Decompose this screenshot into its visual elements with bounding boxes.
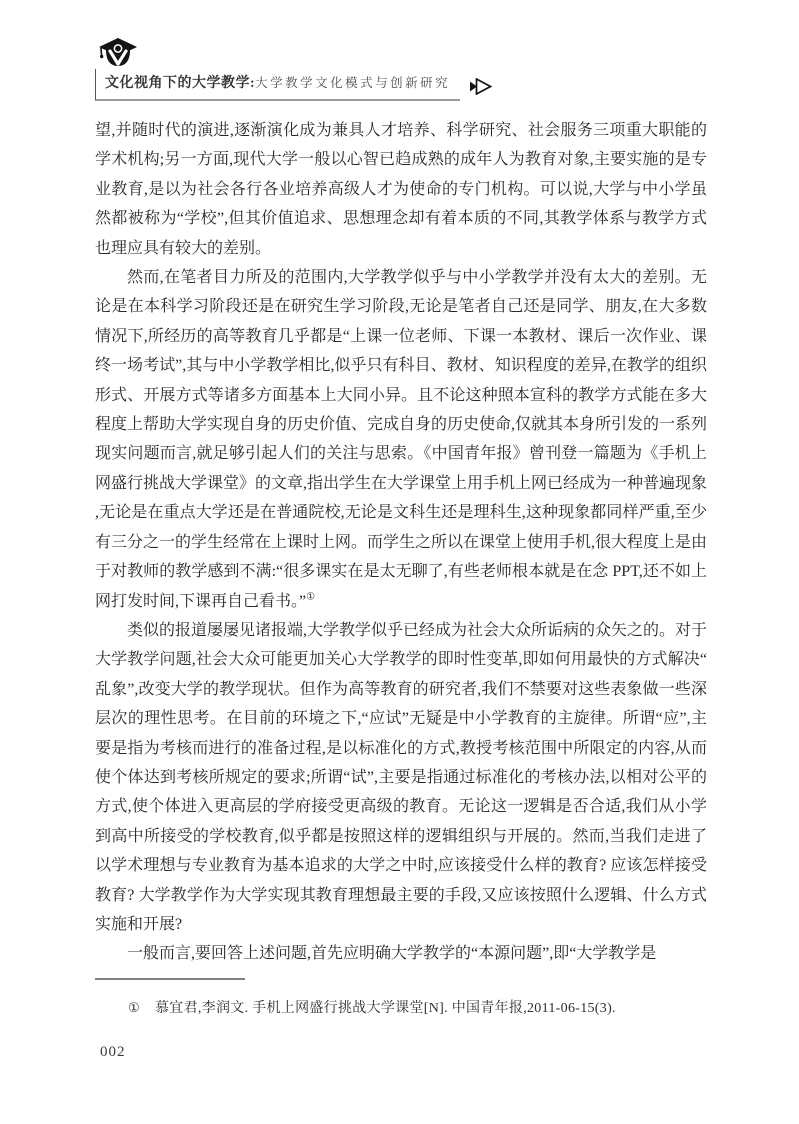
paragraph-2: 然而,在笔者目力所及的范围内,大学教学似乎与中小学教学并没有太大的差别。无论是在…	[95, 263, 707, 616]
page-header: 文化视角下的大学教学:大学教学文化模式与创新研究	[95, 38, 493, 101]
paragraph-3-text: 类似的报道屡屡见诸报端,大学教学似乎已经成为社会大众所诟病的众矢之的。对于大学教…	[95, 622, 707, 933]
running-head: 文化视角下的大学教学:大学教学文化模式与创新研究	[95, 69, 460, 101]
paragraph-4-text: 一般而言,要回答上述问题,首先应明确大学教学的“本源问题”,即“大学教学是	[127, 945, 656, 962]
paragraph-1: 望,并随时代的演进,逐渐演化成为兼具人才培养、科学研究、社会服务三项重大职能的学…	[95, 116, 707, 263]
paragraph-1-text: 望,并随时代的演进,逐渐演化成为兼具人才培养、科学研究、社会服务三项重大职能的学…	[95, 122, 707, 257]
paragraph-2-text: 然而,在笔者目力所及的范围内,大学教学似乎与中小学教学并没有太大的差别。无论是在…	[95, 269, 707, 609]
footnote-citation: 慕宜君,李润文. 手机上网盛行挑战大学课堂[N]. 中国青年报,2011-06-…	[155, 1001, 616, 1016]
paragraph-4: 一般而言,要回答上述问题,首先应明确大学教学的“本源问题”,即“大学教学是	[95, 939, 707, 968]
footnote-divider	[95, 978, 245, 980]
footnote-marker: ①	[128, 1000, 140, 1015]
page-number: 002	[100, 1044, 126, 1061]
footnote: ①慕宜君,李润文. 手机上网盛行挑战大学课堂[N]. 中国青年报,2011-06…	[95, 997, 707, 1017]
footnote-area: ①慕宜君,李润文. 手机上网盛行挑战大学课堂[N]. 中国青年报,2011-06…	[95, 978, 707, 1017]
body-text: 望,并随时代的演进,逐渐演化成为兼具人才培养、科学研究、社会服务三项重大职能的学…	[95, 116, 707, 969]
book-page: 文化视角下的大学教学:大学教学文化模式与创新研究 望,并随时代的演进,逐渐演化成…	[0, 0, 799, 1124]
paragraph-3: 类似的报道屡屡见诸报端,大学教学似乎已经成为社会大众所诟病的众矢之的。对于大学教…	[95, 616, 707, 939]
play-arrow-icon	[469, 78, 493, 95]
graduation-cap-logo-icon	[98, 38, 493, 68]
book-title-secondary: 大学教学文化模式与创新研究	[255, 76, 450, 90]
footnote-reference-marker: ①	[306, 591, 315, 602]
book-title-primary: 文化视角下的大学教学:	[105, 76, 255, 91]
